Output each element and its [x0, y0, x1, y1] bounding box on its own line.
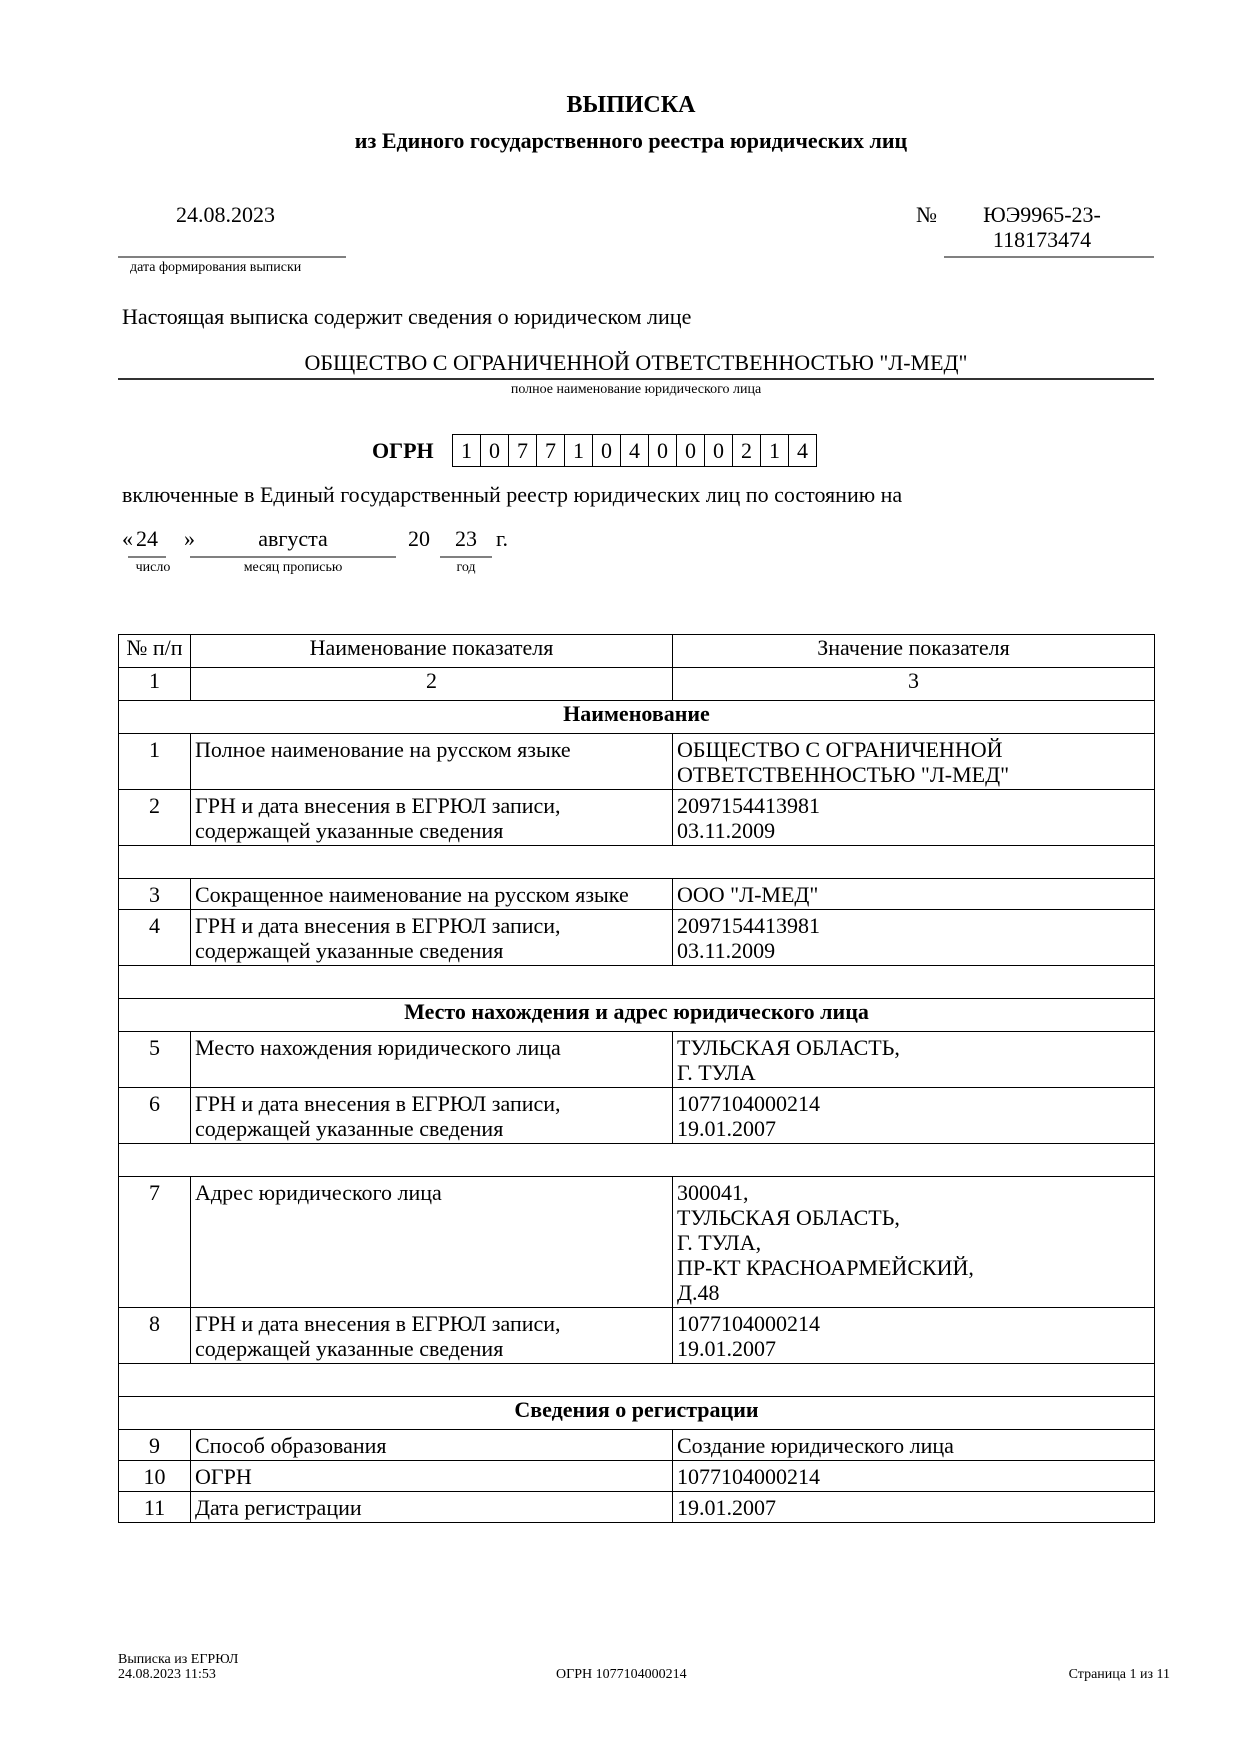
row-number: 4: [119, 910, 191, 966]
date-caption: дата формирования выписки: [130, 260, 301, 276]
value-line: Г. ТУЛА: [677, 1060, 1150, 1085]
ogrn-digit-box: 7: [509, 435, 537, 466]
indicator-name: Дата регистрации: [191, 1492, 673, 1523]
value-line: 1077104000214: [677, 1091, 1150, 1116]
value-line: ТУЛЬСКАЯ ОБЛАСТЬ,: [677, 1035, 1150, 1060]
extract-number-line-2: 118173474: [944, 227, 1140, 252]
table-row: 1Полное наименование на русском языкеОБЩ…: [119, 734, 1155, 790]
value-line: ТУЛЬСКАЯ ОБЛАСТЬ,: [677, 1205, 1150, 1230]
as-of-day: 24: [128, 526, 166, 552]
section-title: Сведения о регистрации: [119, 1397, 1155, 1430]
indicator-value: ОБЩЕСТВО С ОГРАНИЧЕННОЙОТВЕТСТВЕННОСТЬЮ …: [673, 734, 1155, 790]
section-header-row: Сведения о регистрации: [119, 1397, 1155, 1430]
indicator-value: 209715441398103.11.2009: [673, 790, 1155, 846]
number-sign: №: [916, 202, 937, 228]
day-caption: число: [118, 560, 188, 576]
indicator-name: Место нахождения юридического лица: [191, 1032, 673, 1088]
indicator-value: 19.01.2007: [673, 1492, 1155, 1523]
ogrn-digit-box: 4: [789, 435, 816, 466]
ogrn-digit-box: 0: [705, 435, 733, 466]
column-number-2: 2: [191, 668, 673, 701]
footer-doc-name: Выписка из ЕГРЮЛ: [118, 1652, 238, 1668]
table-row: 4ГРН и дата внесения в ЕГРЮЛ записи, сод…: [119, 910, 1155, 966]
indicator-value: ТУЛЬСКАЯ ОБЛАСТЬ,Г. ТУЛА: [673, 1032, 1155, 1088]
footer-page-number: Страница 1 из 11: [1000, 1667, 1170, 1683]
indicator-value: Создание юридического лица: [673, 1430, 1155, 1461]
value-line: ПР-КТ КРАСНОАРМЕЙСКИЙ,: [677, 1255, 1150, 1280]
table-header-row: № п/п Наименование показателя Значение п…: [119, 635, 1155, 668]
row-number: 5: [119, 1032, 191, 1088]
row-number: 1: [119, 734, 191, 790]
table-row: 8ГРН и дата внесения в ЕГРЮЛ записи, сод…: [119, 1308, 1155, 1364]
indicator-name: Полное наименование на русском языке: [191, 734, 673, 790]
as-of-year: 23: [440, 526, 492, 552]
value-line: 03.11.2009: [677, 938, 1150, 963]
blank-separator-row: [119, 966, 1155, 999]
header-indicator-value: Значение показателя: [673, 635, 1155, 668]
value-line: 1077104000214: [677, 1464, 1150, 1489]
blank-separator-row: [119, 1144, 1155, 1177]
table-row: 5Место нахождения юридического лицаТУЛЬС…: [119, 1032, 1155, 1088]
blank-cell: [119, 1364, 1155, 1397]
row-number: 6: [119, 1088, 191, 1144]
extract-number: ЮЭ9965-23- 118173474: [944, 202, 1140, 252]
indicator-value: 1077104000214: [673, 1461, 1155, 1492]
document-title: ВЫПИСКА: [0, 92, 1240, 119]
as-of-month: августа: [190, 526, 396, 552]
value-line: ОТВЕТСТВЕННОСТЬЮ "Л-МЕД": [677, 762, 1150, 787]
ogrn-digit-box: 1: [565, 435, 593, 466]
included-text: включенные в Единый государственный реес…: [122, 482, 902, 508]
value-line: Д.48: [677, 1280, 1150, 1305]
month-underline: [190, 556, 396, 558]
ogrn-digit-boxes: 1077104000214: [452, 434, 817, 467]
value-line: 2097154413981: [677, 913, 1150, 938]
day-underline: [128, 556, 166, 558]
section-title: Наименование: [119, 701, 1155, 734]
as-of-century: 20: [408, 526, 430, 552]
footer-timestamp: 24.08.2023 11:53: [118, 1667, 216, 1683]
extract-date: 24.08.2023: [176, 202, 275, 228]
ogrn-digit-box: 1: [761, 435, 789, 466]
number-underline: [944, 256, 1154, 258]
section-header-row: Наименование: [119, 701, 1155, 734]
row-number: 2: [119, 790, 191, 846]
table-row: 11Дата регистрации19.01.2007: [119, 1492, 1155, 1523]
row-number: 3: [119, 879, 191, 910]
indicator-name: ГРН и дата внесения в ЕГРЮЛ записи, соде…: [191, 790, 673, 846]
indicator-name: Адрес юридического лица: [191, 1177, 673, 1308]
indicator-value: ООО "Л-МЕД": [673, 879, 1155, 910]
ogrn-digit-box: 7: [537, 435, 565, 466]
table-row: 6ГРН и дата внесения в ЕГРЮЛ записи, сод…: [119, 1088, 1155, 1144]
blank-separator-row: [119, 846, 1155, 879]
extract-number-line-1: ЮЭ9965-23-: [944, 202, 1140, 227]
indicator-name: ГРН и дата внесения в ЕГРЮЛ записи, соде…: [191, 1308, 673, 1364]
value-line: 03.11.2009: [677, 818, 1150, 843]
row-number: 7: [119, 1177, 191, 1308]
footer-ogrn: ОГРН 1077104000214: [556, 1667, 687, 1683]
full-name-caption: полное наименование юридического лица: [118, 382, 1154, 398]
value-line: 2097154413981: [677, 793, 1150, 818]
header-indicator-name: Наименование показателя: [191, 635, 673, 668]
row-number: 9: [119, 1430, 191, 1461]
value-line: 300041,: [677, 1180, 1150, 1205]
section-header-row: Место нахождения и адрес юридического ли…: [119, 999, 1155, 1032]
date-underline: [118, 256, 346, 258]
indicator-name: ОГРН: [191, 1461, 673, 1492]
indicator-name: Способ образования: [191, 1430, 673, 1461]
year-suffix: г.: [496, 526, 508, 552]
ogrn-digit-box: 2: [733, 435, 761, 466]
table-row: 2ГРН и дата внесения в ЕГРЮЛ записи, сод…: [119, 790, 1155, 846]
legal-entity-full-name: ОБЩЕСТВО С ОГРАНИЧЕННОЙ ОТВЕТСТВЕННОСТЬЮ…: [118, 350, 1154, 376]
blank-cell: [119, 966, 1155, 999]
indicator-value: 107710400021419.01.2007: [673, 1088, 1155, 1144]
column-number-3: 3: [673, 668, 1155, 701]
value-line: ООО "Л-МЕД": [677, 882, 1150, 907]
value-line: Г. ТУЛА,: [677, 1230, 1150, 1255]
column-number-1: 1: [119, 668, 191, 701]
indicator-value: 107710400021419.01.2007: [673, 1308, 1155, 1364]
table-row: 7Адрес юридического лица300041,ТУЛЬСКАЯ …: [119, 1177, 1155, 1308]
ogrn-digit-box: 0: [677, 435, 705, 466]
blank-cell: [119, 846, 1155, 879]
ogrn-digit-box: 0: [593, 435, 621, 466]
intro-text: Настоящая выписка содержит сведения о юр…: [122, 304, 691, 330]
ogrn-label: ОГРН: [372, 438, 434, 464]
indicator-value: 209715441398103.11.2009: [673, 910, 1155, 966]
value-line: 19.01.2007: [677, 1495, 1150, 1520]
value-line: 19.01.2007: [677, 1336, 1150, 1361]
indicator-name: ГРН и дата внесения в ЕГРЮЛ записи, соде…: [191, 910, 673, 966]
value-line: 19.01.2007: [677, 1116, 1150, 1141]
value-line: ОБЩЕСТВО С ОГРАНИЧЕННОЙ: [677, 737, 1150, 762]
header-number: № п/п: [119, 635, 191, 668]
section-title: Место нахождения и адрес юридического ли…: [119, 999, 1155, 1032]
blank-separator-row: [119, 1364, 1155, 1397]
full-name-underline: [118, 378, 1154, 380]
year-underline: [440, 556, 492, 558]
ogrn-digit-box: 4: [621, 435, 649, 466]
table-row: 9Способ образованияСоздание юридического…: [119, 1430, 1155, 1461]
blank-cell: [119, 1144, 1155, 1177]
ogrn-digit-box: 0: [481, 435, 509, 466]
month-caption: месяц прописью: [190, 560, 396, 576]
value-line: Создание юридического лица: [677, 1433, 1150, 1458]
value-line: 1077104000214: [677, 1311, 1150, 1336]
indicator-value: 300041,ТУЛЬСКАЯ ОБЛАСТЬ,Г. ТУЛА,ПР-КТ КР…: [673, 1177, 1155, 1308]
ogrn-digit-box: 1: [453, 435, 481, 466]
year-caption: год: [440, 560, 492, 576]
ogrn-digit-box: 0: [649, 435, 677, 466]
indicator-name: Сокращенное наименование на русском язык…: [191, 879, 673, 910]
column-numbers-row: 1 2 3: [119, 668, 1155, 701]
egrul-data-table: № п/п Наименование показателя Значение п…: [118, 634, 1155, 1523]
table-row: 10ОГРН1077104000214: [119, 1461, 1155, 1492]
indicator-name: ГРН и дата внесения в ЕГРЮЛ записи, соде…: [191, 1088, 673, 1144]
row-number: 10: [119, 1461, 191, 1492]
table-row: 3Сокращенное наименование на русском язы…: [119, 879, 1155, 910]
row-number: 8: [119, 1308, 191, 1364]
document-subtitle: из Единого государственного реестра юрид…: [0, 128, 1240, 154]
row-number: 11: [119, 1492, 191, 1523]
